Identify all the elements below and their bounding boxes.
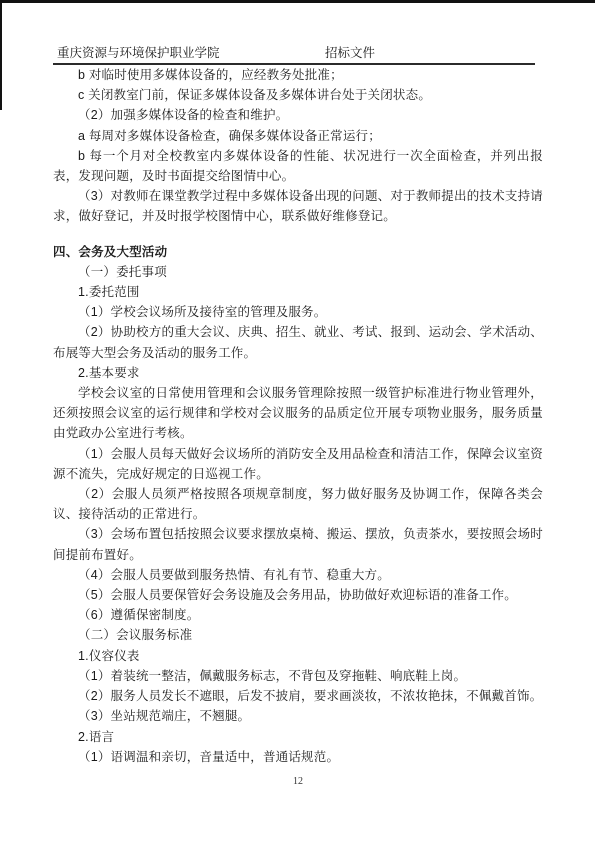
paragraph: （2）服务人员发长不遮眼，后发不披肩，要求画淡妆，不浓妆艳抹，不佩戴首饰。: [53, 686, 543, 706]
document-body: b 对临时使用多媒体设备的，应经教务处批准； c 关闭教室门前，保证多媒体设备及…: [53, 65, 543, 767]
header-school-name: 重庆资源与环境保护职业学院: [57, 45, 220, 61]
header-doc-type: 招标文件: [325, 45, 375, 61]
paragraph: （4）会服人员要做到服务热情、有礼有节、稳重大方。: [53, 565, 543, 585]
paragraph: （1）会服人员每天做好会议场所的消防安全及用品检查和清洁工作，保障会议室资源不流…: [53, 444, 543, 484]
scan-edge-top: [0, 0, 595, 3]
paragraph: a 每周对多媒体设备检查，确保多媒体设备正常运行；: [53, 126, 543, 146]
section-heading: 四、会务及大型活动: [53, 242, 543, 262]
paragraph: （1）着装统一整洁，佩戴服务标志，不背包及穿拖鞋、响底鞋上岗。: [53, 666, 543, 686]
paragraph: （3）对教师在课堂教学过程中多媒体设备出现的问题、对于教师提出的技术支持请求，做…: [53, 186, 543, 226]
paragraph: （1）语调温和亲切，音量适中，普通话规范。: [53, 747, 543, 767]
paragraph: （2）协助校方的重大会议、庆典、招生、就业、考试、报到、运动会、学术活动、布展等…: [53, 322, 543, 362]
paragraph: 1.仪容仪表: [53, 646, 543, 666]
scan-edge-left: [0, 0, 2, 110]
paragraph: 学校会议室的日常使用管理和会议服务管理除按照一级管护标准进行物业管理外，还须按照…: [53, 383, 543, 444]
paragraph: b 对临时使用多媒体设备的，应经教务处批准；: [53, 65, 543, 85]
paragraph: （一）委托事项: [53, 262, 543, 282]
paragraph: （6）遵循保密制度。: [53, 605, 543, 625]
page-number: 12: [53, 776, 543, 787]
paragraph: （2）会服人员须严格按照各项规章制度，努力做好服务及协调工作，保障各类会议、接待…: [53, 484, 543, 524]
paragraph: （二）会议服务标准: [53, 625, 543, 645]
paragraph: （3）坐站规范端庄，不翘腿。: [53, 706, 543, 726]
paragraph: 1.委托范围: [53, 282, 543, 302]
paragraph: c 关闭教室门前，保证多媒体设备及多媒体讲台处于关闭状态。: [53, 85, 543, 105]
paragraph: （2）加强多媒体设备的检查和维护。: [53, 105, 543, 125]
paragraph: b 每一个月对全校教室内多媒体设备的性能、状况进行一次全面检查，并列出报表，发现…: [53, 146, 543, 186]
page-header: 重庆资源与环境保护职业学院 招标文件: [53, 45, 535, 65]
document-page: 重庆资源与环境保护职业学院 招标文件 b 对临时使用多媒体设备的，应经教务处批准…: [0, 0, 595, 841]
paragraph: 2.基本要求: [53, 363, 543, 383]
paragraph: 2.语言: [53, 727, 543, 747]
paragraph: （5）会服人员要保管好会务设施及会务用品，协助做好欢迎标语的准备工作。: [53, 585, 543, 605]
paragraph: （1）学校会议场所及接待室的管理及服务。: [53, 302, 543, 322]
paragraph: （3）会场布置包括按照会议要求摆放桌椅、搬运、摆放，负责茶水，要按照会场时间提前…: [53, 524, 543, 564]
